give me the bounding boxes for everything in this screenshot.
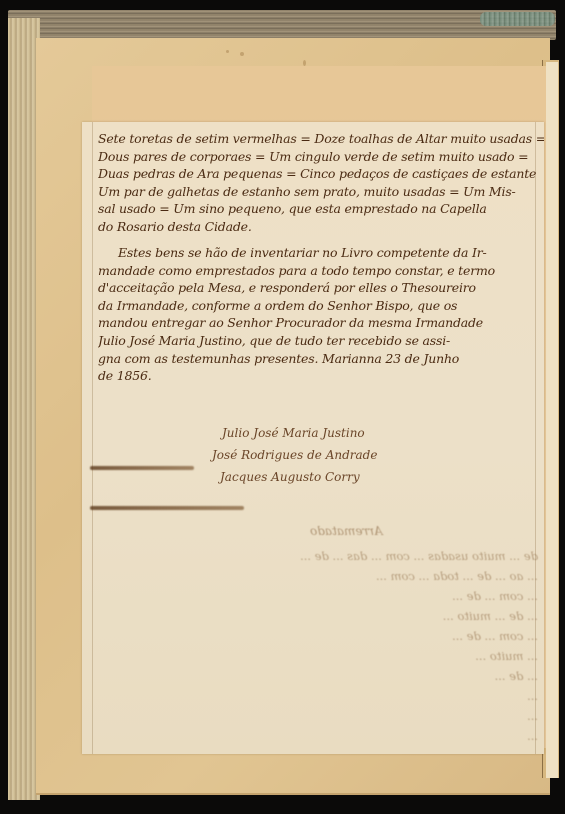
bleed-line: ...: [98, 726, 538, 746]
bleed-line: ... com ... de ...: [98, 586, 538, 606]
bookmark-ribbon: [480, 12, 555, 26]
signature: José Rodrigues de Andrade: [212, 444, 377, 466]
bleed-line: ...: [98, 706, 538, 726]
text-line: Sete toretas de setim vermelhas = Doze t…: [98, 130, 544, 148]
foxing-spot: [226, 50, 229, 53]
signature: Jacques Augusto Corry: [212, 466, 377, 488]
signature-block: Julio José Maria Justino José Rodrigues …: [212, 422, 377, 488]
inventory-list: Sete toretas de setim vermelhas = Doze t…: [98, 130, 544, 236]
bleed-line: ... ao ... de ... toda ... com ...: [98, 566, 538, 586]
bleed-through-text: de ... muito usadas ... com ... das ... …: [98, 546, 538, 746]
ink-smear: [90, 506, 244, 510]
left-margin-line: [92, 122, 93, 754]
foxing-spot: [303, 60, 306, 66]
bleed-line: ... com ... de ...: [98, 626, 538, 646]
text-line: Duas pedras de Ara pequenas = Cinco peda…: [98, 165, 544, 183]
text-line: Estes bens se hão de inventariar no Livr…: [98, 244, 544, 262]
bleed-line: de ... muito usadas ... com ... das ... …: [98, 546, 538, 566]
text-line: do Rosario desta Cidade.: [98, 218, 544, 236]
text-line: da Irmandade, conforme a ordem do Senhor…: [98, 297, 544, 315]
bleed-line: ... muito ...: [98, 646, 538, 666]
text-line: gna com as testemunhas presentes. Marian…: [98, 350, 544, 368]
manuscript-sheet: Sete toretas de setim vermelhas = Doze t…: [82, 122, 544, 754]
text-line: Um par de galhetas de estanho sem prato,…: [98, 183, 544, 201]
text-line: Dous pares de corporaes = Um cingulo ver…: [98, 148, 544, 166]
bleed-line: ... de ...: [98, 666, 538, 686]
bleed-through-heading: Arrematado: [310, 524, 383, 538]
ink-smear: [90, 466, 194, 470]
text-line: mandade como emprestados para a todo tem…: [98, 262, 544, 280]
text-line: sal usado = Um sino pequeno, que esta em…: [98, 200, 544, 218]
text-line: d'acceitação pela Mesa, e responderá por…: [98, 279, 544, 297]
next-page-sliver: [546, 62, 558, 778]
book-top-edge: [8, 10, 556, 40]
text-line: Julio José Maria Justino, que de tudo te…: [98, 332, 544, 350]
bleed-line: ...: [98, 686, 538, 706]
text-line: mandou entregar ao Senhor Procurador da …: [98, 314, 544, 332]
signature: Julio José Maria Justino: [212, 422, 377, 444]
bleed-line: ... de ... muito ...: [98, 606, 538, 626]
declaration-paragraph: Estes bens se hão de inventariar no Livr…: [98, 244, 544, 385]
text-line: de 1856.: [98, 367, 544, 385]
foxing-spot: [240, 52, 244, 56]
